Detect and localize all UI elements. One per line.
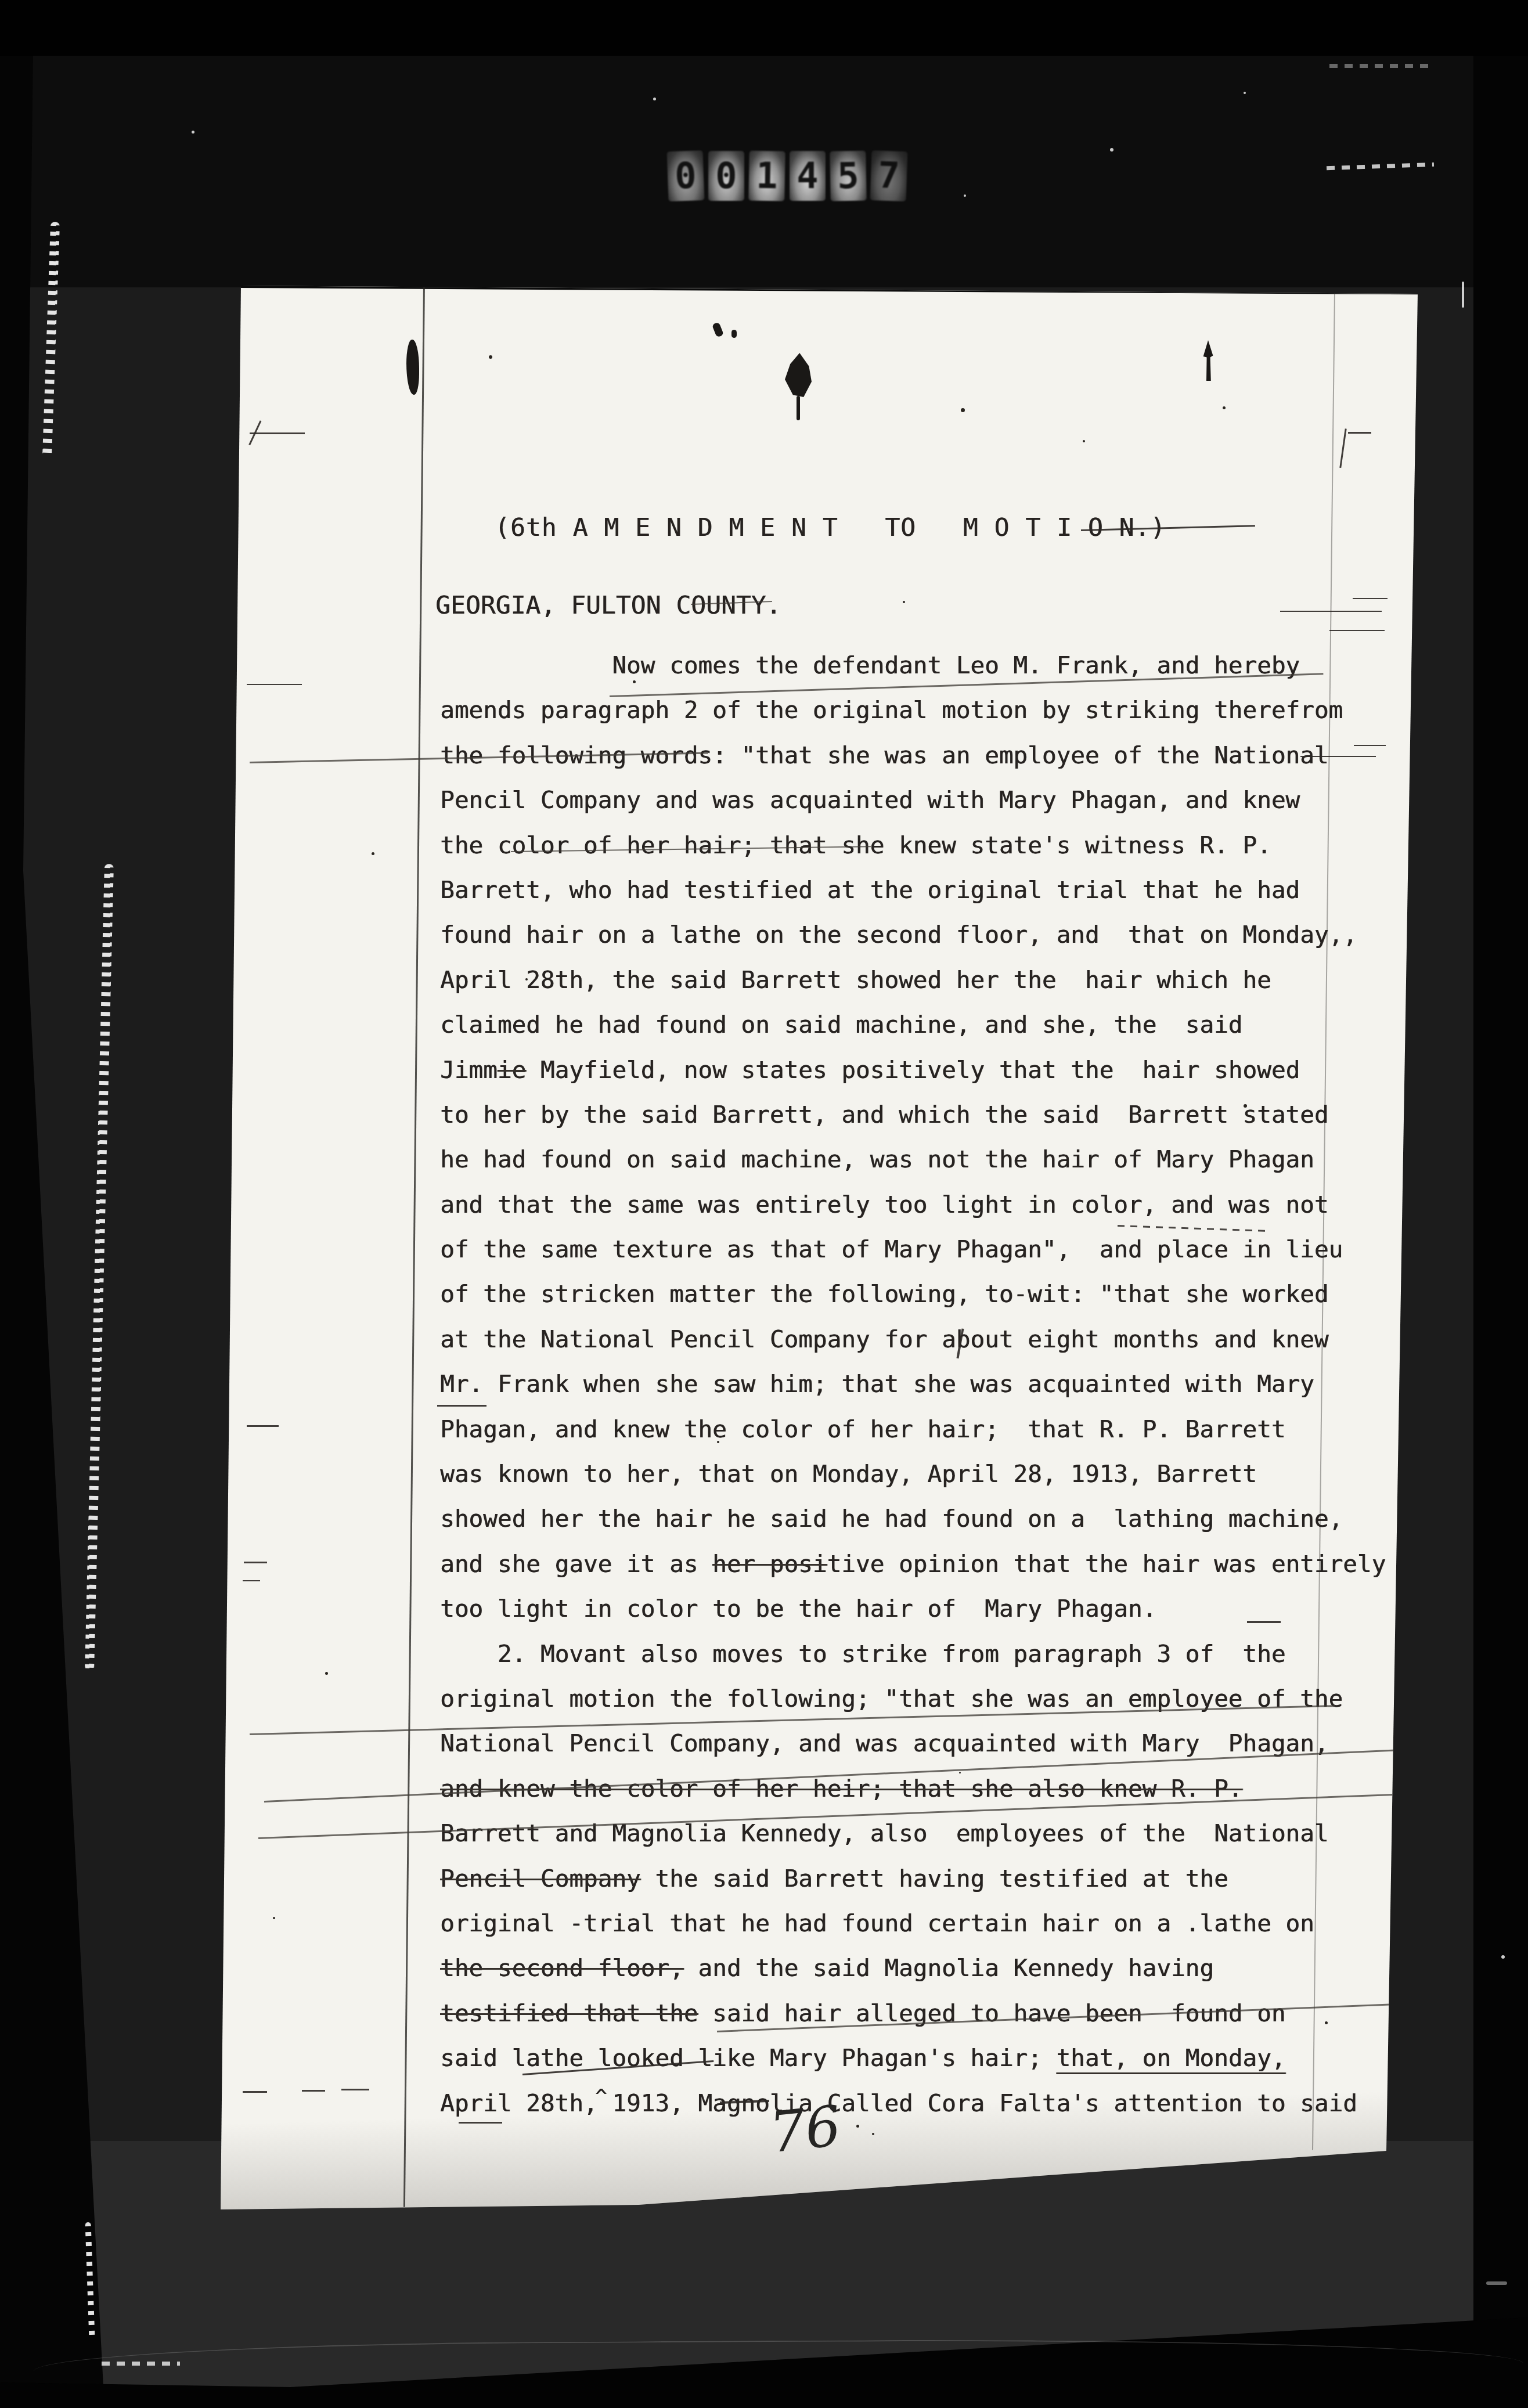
margin-dash <box>250 432 305 434</box>
ink-speck <box>1223 406 1226 409</box>
typed-line: too light in color to be the hair of Mar… <box>440 1587 1386 1631</box>
margin-dash <box>243 2091 267 2093</box>
ink-speck <box>1244 1104 1247 1108</box>
margin-hook-dash <box>1348 432 1371 434</box>
ink-speck <box>872 2133 874 2135</box>
typed-line: Jimmie Mayfield, now states positively t… <box>440 1048 1386 1093</box>
typed-line: found hair on a lathe on the second floo… <box>440 913 1386 957</box>
ink-blob-tail <box>797 396 800 420</box>
ink-arrow-mark <box>1199 340 1217 381</box>
margin-dash <box>302 2090 325 2092</box>
ink-mark <box>731 330 737 338</box>
ink-speck <box>1325 2021 1328 2024</box>
ink-speck <box>961 408 965 412</box>
film-scratch-light <box>1329 64 1434 68</box>
film-top-band <box>0 0 1528 56</box>
mr-underline <box>437 1405 486 1407</box>
trailing-dash <box>1247 1621 1281 1623</box>
typed-line: Pencil Company and was acquainted with M… <box>440 778 1386 823</box>
typed-line: and that the same was entirely too light… <box>440 1183 1386 1227</box>
ink-speck <box>717 1441 719 1443</box>
handwritten-page-number: 76 <box>766 2093 844 2165</box>
typed-line: original motion the following; "that she… <box>440 1677 1386 1721</box>
frame-number-stamp: 001457 <box>668 151 911 201</box>
county-caption: GEORGIA, FULTON COUNTY. <box>435 591 781 620</box>
typed-line: testified that the said hair alleged to … <box>440 1991 1386 2036</box>
typed-line: claimed he had found on said machine, an… <box>440 1003 1386 1047</box>
right-rule-tick <box>1329 630 1385 631</box>
microfilm-scan: 001457 (6th A M E N D M E N T TO M O T I… <box>0 0 1528 2408</box>
typed-line: was known to her, that on Monday, April … <box>440 1452 1386 1497</box>
typed-line: amends paragraph 2 of the original motio… <box>440 688 1386 733</box>
document-page: (6th A M E N D M E N T TO M O T I O N.) … <box>0 0 1528 2408</box>
typed-line: said lathe looked like Mary Phagan's hai… <box>440 2036 1386 2081</box>
stamp-digit: 4 <box>790 151 826 201</box>
film-edge-streak <box>85 864 114 1671</box>
typed-line: Now comes the defendant Leo M. Frank, an… <box>440 643 1386 688</box>
ink-speck <box>325 1672 328 1675</box>
margin-dash <box>247 684 302 685</box>
ink-speck <box>372 852 374 855</box>
ink-blob <box>785 353 812 397</box>
film-speck <box>1501 1955 1505 1959</box>
right-rule-tick <box>1280 611 1382 612</box>
typed-line: and she gave it as her positive opinion … <box>440 1542 1386 1587</box>
ink-speck <box>1129 1928 1131 1931</box>
margin-dash <box>341 2089 369 2090</box>
caret-mark: ^ <box>595 2085 607 2108</box>
film-speck <box>1486 2281 1507 2285</box>
ink-speck <box>633 680 636 683</box>
document-body: Now comes the defendant Leo M. Frank, an… <box>440 643 1386 2126</box>
film-speck <box>653 98 656 100</box>
ink-speck <box>1083 440 1085 442</box>
typed-line: Pencil Company the said Barrett having t… <box>440 1857 1386 1901</box>
stamp-digit: 7 <box>870 150 908 201</box>
film-speck <box>964 194 966 197</box>
typed-line: to her by the said Barrett, and which th… <box>440 1093 1386 1137</box>
film-right-edge-band <box>1473 52 1528 2408</box>
typed-line: Mr. Frank when she saw him; that she was… <box>440 1362 1386 1407</box>
ink-blob <box>406 340 419 395</box>
stamp-digit: 0 <box>708 151 744 201</box>
film-speck <box>1462 282 1464 308</box>
typed-line: original -trial that he had found certai… <box>440 1901 1386 1946</box>
typed-line: showed her the hair he said he had found… <box>440 1497 1386 1541</box>
ink-speck <box>273 1917 275 1919</box>
film-speck <box>192 131 194 134</box>
stamp-digit: 1 <box>748 150 785 201</box>
ink-speck <box>525 978 528 980</box>
right-rule-tick <box>1300 756 1376 757</box>
ink-speck <box>856 2125 859 2128</box>
margin-dash <box>244 1562 267 1563</box>
ink-speck <box>959 1772 961 1773</box>
film-speck <box>1110 148 1113 152</box>
typed-line: he had found on said machine, was not th… <box>440 1137 1386 1182</box>
typed-line: Barrett, who had testified at the origin… <box>440 868 1386 913</box>
document-title: (6th A M E N D M E N T TO M O T I O N.) <box>495 513 1166 542</box>
ink-mark <box>712 322 724 337</box>
stamp-digit: 0 <box>667 150 705 201</box>
right-rule-tick <box>1353 598 1388 599</box>
stamp-digit: 5 <box>830 150 866 201</box>
margin-hook-mark <box>1339 428 1346 468</box>
typed-line: the color of her hair; that she knew sta… <box>440 823 1386 868</box>
bottom-dash <box>459 2122 502 2124</box>
typed-line: at the National Pencil Company for about… <box>440 1317 1386 1362</box>
typed-line: of the same texture as that of Mary Phag… <box>440 1227 1386 1272</box>
margin-dash <box>247 1425 279 1427</box>
typed-line: Phagan, and knew the color of her hair; … <box>440 1407 1386 1452</box>
film-speck <box>1244 92 1246 94</box>
ink-speck <box>1431 733 1433 735</box>
margin-dash <box>243 1580 260 1581</box>
right-rule-tick <box>1354 745 1386 746</box>
typed-line: of the stricken matter the following, to… <box>440 1272 1386 1317</box>
ink-speck <box>489 355 492 359</box>
typed-line: 2. Movant also moves to strike from para… <box>440 1632 1386 1677</box>
typed-line: April 28th, 1913, Magnolia Called Cora F… <box>440 2081 1386 2126</box>
margin-rule-line <box>403 284 425 2207</box>
typed-line: April 28th, the said Barrett showed her … <box>440 958 1386 1003</box>
ink-speck <box>903 601 905 603</box>
typed-line: Barrett and Magnolia Kennedy, also emplo… <box>440 1811 1386 1856</box>
typed-line: the second floor, and the said Magnolia … <box>440 1946 1386 1991</box>
typed-line: National Pencil Company, and was acquain… <box>440 1721 1386 1766</box>
typed-line: and knew the color of her heir; that she… <box>440 1767 1386 1811</box>
